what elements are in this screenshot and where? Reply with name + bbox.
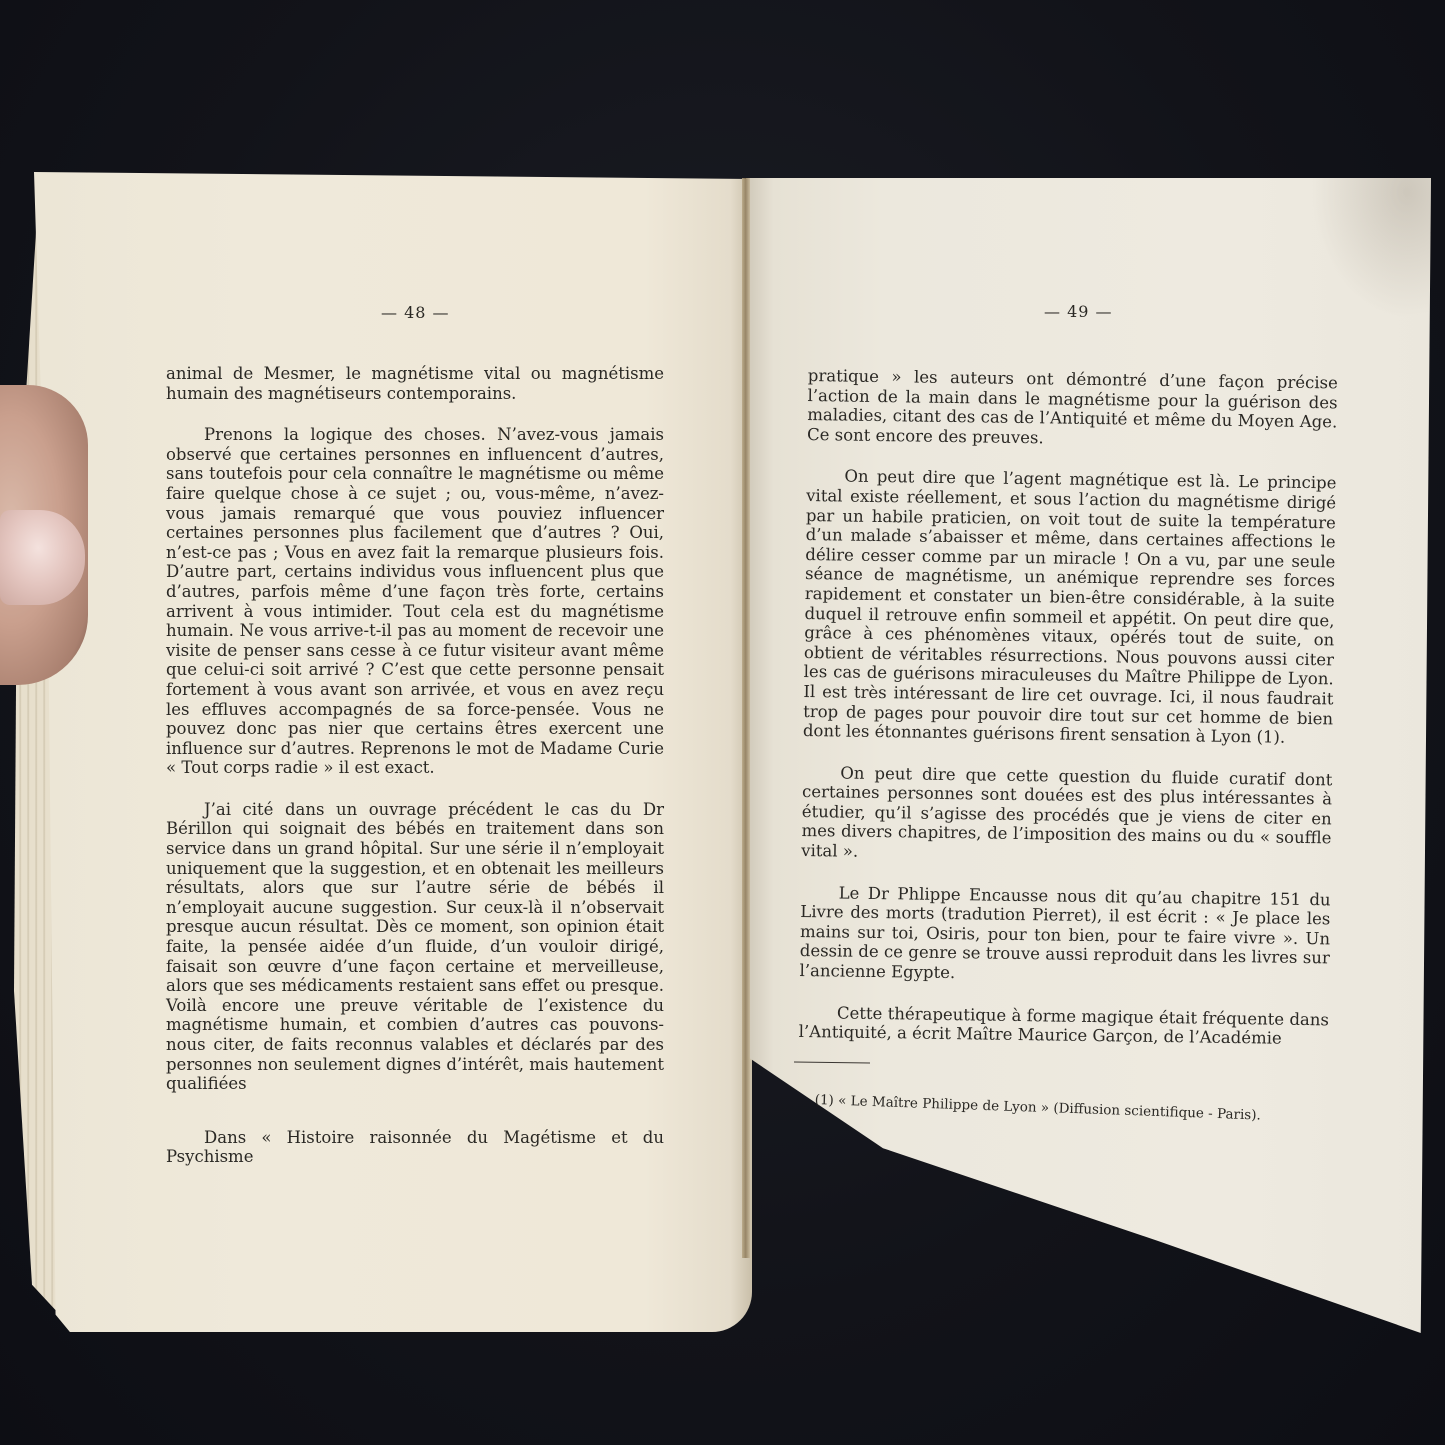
page-number-left: — 48 — xyxy=(381,303,450,322)
thumbnail xyxy=(0,510,85,605)
page-number-right: — 49 — xyxy=(1044,302,1113,321)
paragraph: On peut dire que l’agent magnétique est … xyxy=(803,466,1337,748)
book-gutter xyxy=(742,178,750,1258)
paragraph: animal de Mesmer, le magnétisme vital ou… xyxy=(166,364,664,403)
paragraph: On peut dire que cette question du fluid… xyxy=(801,763,1332,868)
left-page-text: animal de Mesmer, le magnétisme vital ou… xyxy=(166,364,664,1167)
paragraph: Dans « Histoire raisonnée du Magétisme e… xyxy=(166,1128,664,1167)
paragraph: J’ai cité dans un ouvrage précédent le c… xyxy=(166,800,664,1094)
paragraph: pratique » les auteurs ont démontré d’un… xyxy=(807,366,1338,452)
paragraph: Cette thérapeutique à forme magique étai… xyxy=(799,1003,1329,1050)
paragraph: Prenons la logique des choses. N’avez-vo… xyxy=(166,425,664,778)
paragraph: Le Dr Phlippe Encausse nous dit qu’au ch… xyxy=(799,883,1330,988)
right-page-text: pratique » les auteurs ont démontré d’un… xyxy=(799,366,1338,1049)
